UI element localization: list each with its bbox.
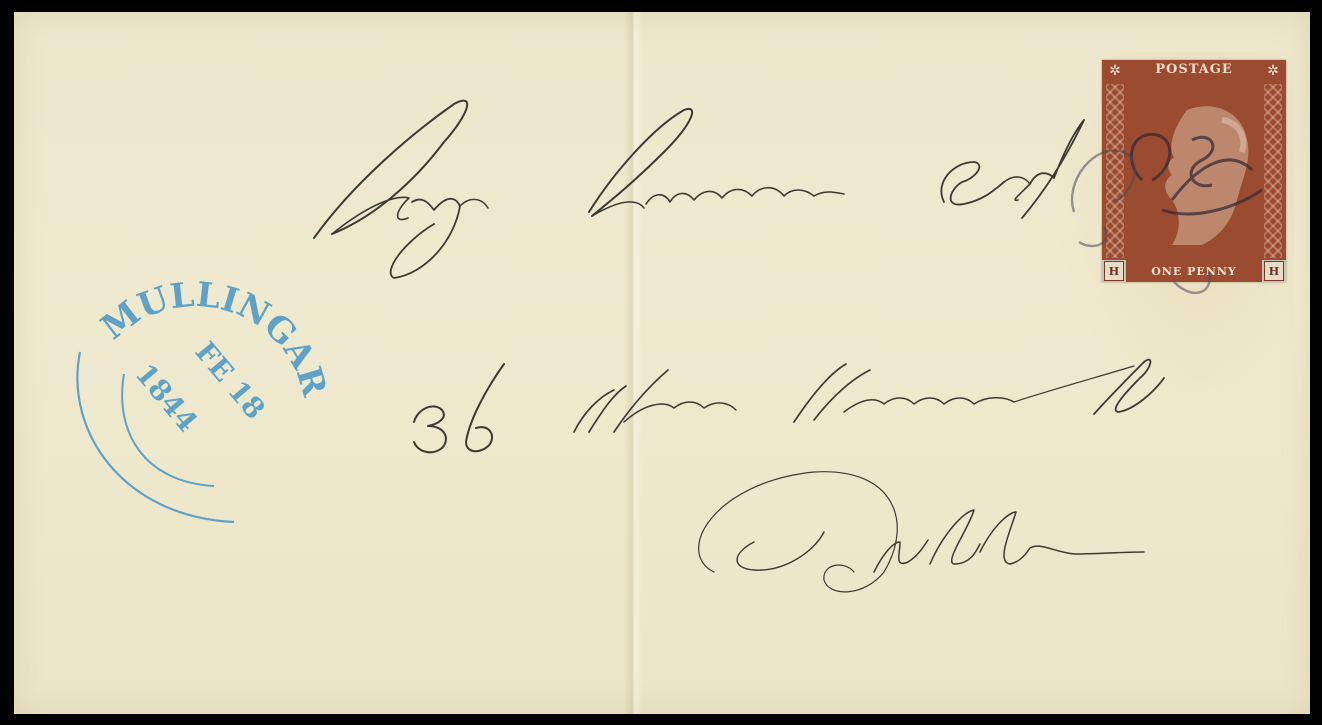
letter-sheet: MULLINGAR FE 18 1844 ✲ ✲ POSTAGE H ONE P…: [14, 12, 1310, 714]
stamp-cancellation: [14, 12, 1310, 714]
